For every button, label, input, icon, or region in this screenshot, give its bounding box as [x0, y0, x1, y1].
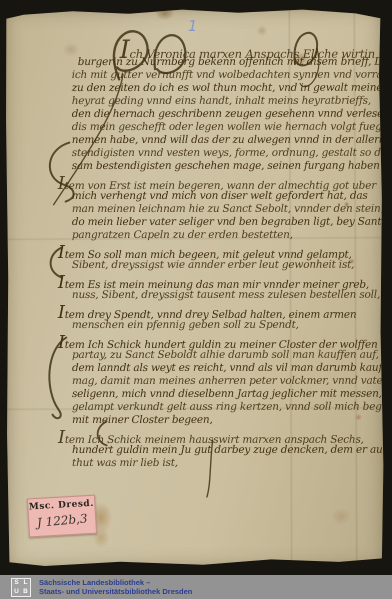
manuscript-line: dem lanndt als weyt es reicht, vnnd als …	[72, 362, 382, 375]
library-name: Sächsische Landesbibliothek – Staats- un…	[39, 578, 192, 597]
manuscript-line: man meinen leichnam hie zu Sanct Sebolt,…	[72, 203, 382, 216]
manuscript-text: Ich Veronica marxen Anspachs Eliche wirt…	[58, 43, 382, 470]
manuscript-line: ich mit gutter vernunfft vnd wolbedachte…	[72, 69, 382, 82]
manuscript-line: menschen ein pfennig geben soll zu Spend…	[72, 319, 382, 332]
foliation-number: 1	[188, 17, 198, 35]
manuscript-line: zu den zeiten do ich es wol thun mocht, …	[72, 82, 382, 95]
shelfmark-label: Msc. Dresd. J 122b,3	[27, 495, 97, 538]
manuscript-line: do mein lieber vater seliger vnd ben beg…	[72, 216, 382, 229]
logo-letter: L	[24, 579, 28, 586]
logo-letter: U	[14, 588, 19, 595]
library-name-line2: Staats- und Universitätsbibliothek Dresd…	[39, 587, 192, 597]
manuscript-line: thut was mir lieb ist,	[72, 457, 382, 470]
manuscript-line: gelampt verkundt gelt auss ring kertzen,…	[72, 401, 382, 414]
manuscript-line: Item So soll man mich begeen, mit geleut…	[58, 246, 382, 259]
manuscript-line: Sibent, dreyssigst wie annder erber leut…	[72, 259, 382, 272]
manuscript-line: heyrat geding vnnd eins handt, inhalt me…	[72, 95, 382, 108]
manuscript-page: 1 Ich Veronica marxen Anspachs Eliche wi…	[5, 8, 384, 568]
manuscript-line: Item Es ist mein meinung das man mir vnn…	[58, 276, 382, 289]
manuscript-line: nemen habe, vnnd will das der zu alwegen…	[72, 134, 382, 147]
manuscript-line: pangratzen Capeln zu der erden bestetten…	[72, 229, 382, 242]
digitized-manuscript-photo: 1 Ich Veronica marxen Anspachs Eliche wi…	[0, 0, 392, 599]
manuscript-line: Item drey Spendt, vnnd drey Selbad halte…	[58, 306, 382, 319]
manuscript-line: sam bestendigisten geschehen mage, seine…	[72, 160, 382, 173]
slub-logo-icon: S L U B	[11, 578, 31, 597]
manuscript-line: Item Ich Schick meinem hausswirt marxen …	[58, 431, 382, 444]
manuscript-line: partay, zu Sanct Seboldt alhie darumb so…	[72, 349, 382, 362]
logo-letter: B	[23, 588, 28, 595]
library-name-line1: Sächsische Landesbibliothek –	[39, 578, 192, 588]
manuscript-line: seligenn, mich vnnd dieselbenn Jartag je…	[72, 388, 382, 401]
manuscript-line: mag, damit man meines anherren peter vol…	[72, 375, 382, 388]
manuscript-line: stendigisten vnnd vesten weys, forme, or…	[72, 147, 382, 160]
manuscript-line: dis mein geschefft oder legen wollen wie…	[72, 121, 382, 134]
manuscript-line: den die hernach geschribenn zeugen geseh…	[72, 108, 382, 121]
manuscript-line: mit meiner Closter begeen,	[72, 414, 382, 427]
manuscript-line: Item von Erst ist mein begeren, wann der…	[58, 177, 382, 190]
manuscript-line: Ich Veronica marxen Anspachs Eliche wirt…	[120, 43, 382, 56]
manuscript-line: Item Ich Schick hundert guldin zu meiner…	[58, 336, 382, 349]
logo-letter: S	[14, 579, 18, 586]
manuscript-line: nuss, Sibent, dreyssigst tausent mess zu…	[72, 289, 382, 302]
library-banner: S L U B Sächsische Landesbibliothek – St…	[0, 575, 392, 599]
